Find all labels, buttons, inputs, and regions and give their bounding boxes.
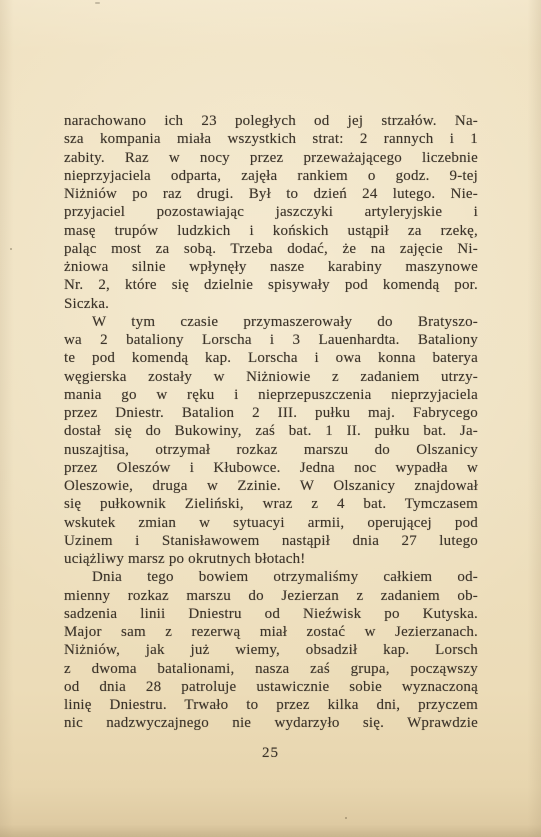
text-line: z dwoma batalionami, nasza zaś grupa, po…: [64, 660, 478, 678]
text-line: mienny rozkaz marszu do Jezierzan z zada…: [64, 587, 478, 605]
text-line: Nr. 2, które się dzielnie spisywały pod …: [64, 276, 478, 294]
text-line: Siczka.: [64, 295, 478, 313]
text-line: Dnia tego bowiem otrzymaliśmy całkiem od…: [64, 568, 478, 586]
text-line: Oleszowie, druga w Zzinie. W Olszanicy z…: [64, 477, 478, 495]
text-line: masę trupów ludzkich i końskich ustąpił …: [64, 222, 478, 240]
text-line: Niżniów po raz drugi. Był to dzień 24 lu…: [64, 185, 478, 203]
paper-speck: [10, 248, 12, 250]
text-line: mania go w ręku i nieprzepuszczenia niep…: [64, 386, 478, 404]
text-line: narachowano ich 23 poległych od jej strz…: [64, 112, 478, 130]
text-line: się pułkownik Zieliński, wraz z 4 bat. T…: [64, 495, 478, 513]
text-line: Major sam z rezerwą miał zostać w Jezier…: [64, 623, 478, 641]
text-line: przez Oleszów i Kłubowce. Jedna noc wypa…: [64, 459, 478, 477]
text-line: nic nadzwyczajnego nie wydarzyło się. Wp…: [64, 714, 478, 732]
text-line: paląc most za sobą. Trzeba dodać, że na …: [64, 240, 478, 258]
text-line: zabity. Raz w nocy przez przeważającego …: [64, 149, 478, 167]
text-line: przyjaciel pozostawiając jaszczyki artyl…: [64, 203, 478, 221]
text-line: wskutek zmian w sytuacyi armii, operując…: [64, 514, 478, 532]
book-page-scan: narachowano ich 23 poległych od jej strz…: [0, 0, 541, 837]
text-line: dostał się do Bukowiny, zaś bat. 1 II. p…: [64, 422, 478, 440]
page-number: 25: [0, 744, 541, 762]
text-line: uciążliwy marsz po okrutnych błotach!: [64, 550, 478, 568]
text-line: węgierska zostały w Niżniowie z zadaniem…: [64, 368, 478, 386]
text-block: narachowano ich 23 poległych od jej strz…: [64, 112, 478, 733]
text-line: sza kompania miała wszystkich strat: 2 r…: [64, 130, 478, 148]
text-line: nieprzyjaciela odparta, zajęła rankiem o…: [64, 167, 478, 185]
text-line: wa 2 bataliony Lorscha i 3 Lauenhardta. …: [64, 331, 478, 349]
paper-speck: [345, 817, 347, 819]
text-line: sadzenia linii Dniestru od Nieźwisk po K…: [64, 605, 478, 623]
paper-speck: [95, 2, 100, 4]
text-line: żniowa silnie wpłynęły nasze karabiny ma…: [64, 258, 478, 276]
text-line: Uzinem i Stanisławowem nastąpił dnia 27 …: [64, 532, 478, 550]
text-line: przez Dniestr. Batalion 2 III. pułku maj…: [64, 404, 478, 422]
text-line: od dnia 28 patroluje ustawicznie sobie w…: [64, 678, 478, 696]
text-line: Niżniów, jak już wiemy, obsadził kap. Lo…: [64, 641, 478, 659]
text-line: linię Dniestru. Trwało to przez kilka dn…: [64, 696, 478, 714]
text-line: W tym czasie przymaszerowały do Bratyszo…: [64, 313, 478, 331]
text-line: nuszajtisa, otrzymał rozkaz marszu do Ol…: [64, 441, 478, 459]
text-line: te pod komendą kap. Lorscha i owa konna …: [64, 349, 478, 367]
